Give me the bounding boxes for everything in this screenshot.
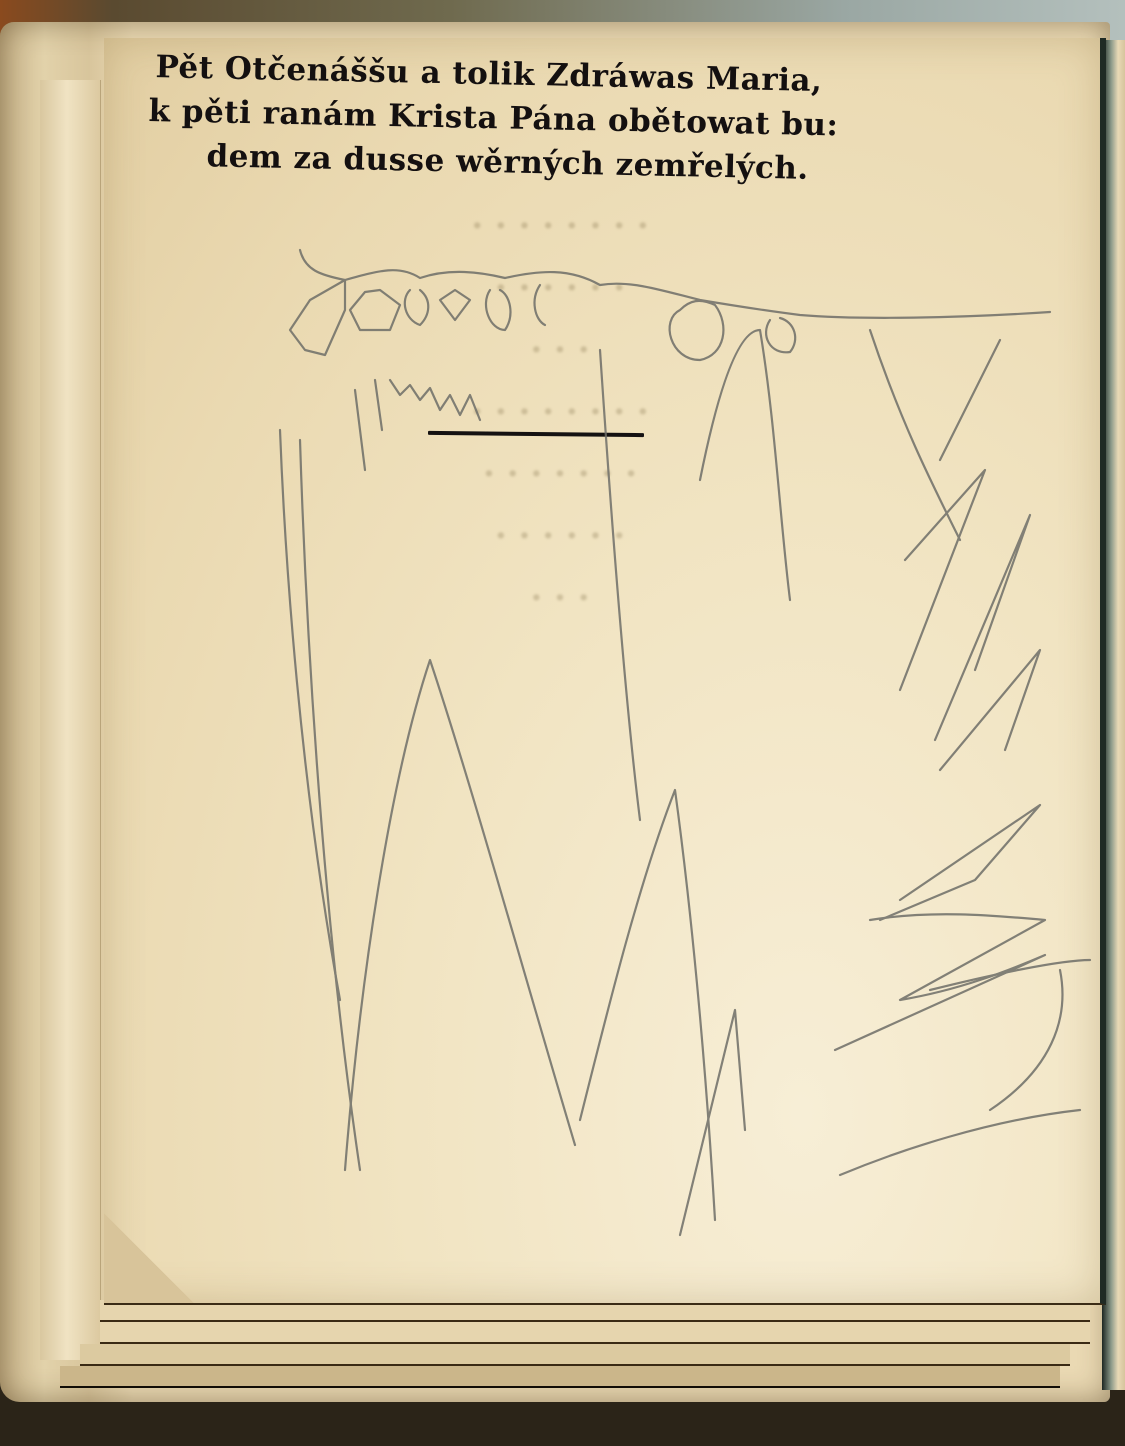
bottom-page-edges — [100, 1300, 1090, 1395]
left-page-edges — [40, 80, 101, 1360]
page-edge — [100, 1322, 1090, 1344]
printed-prayer-text: Pět Otčenáššu a tolik Zdráwas Maria, k p… — [147, 45, 950, 194]
page-edge — [80, 1344, 1070, 1366]
book-page — [104, 38, 1106, 1305]
page-edge — [60, 1366, 1060, 1388]
